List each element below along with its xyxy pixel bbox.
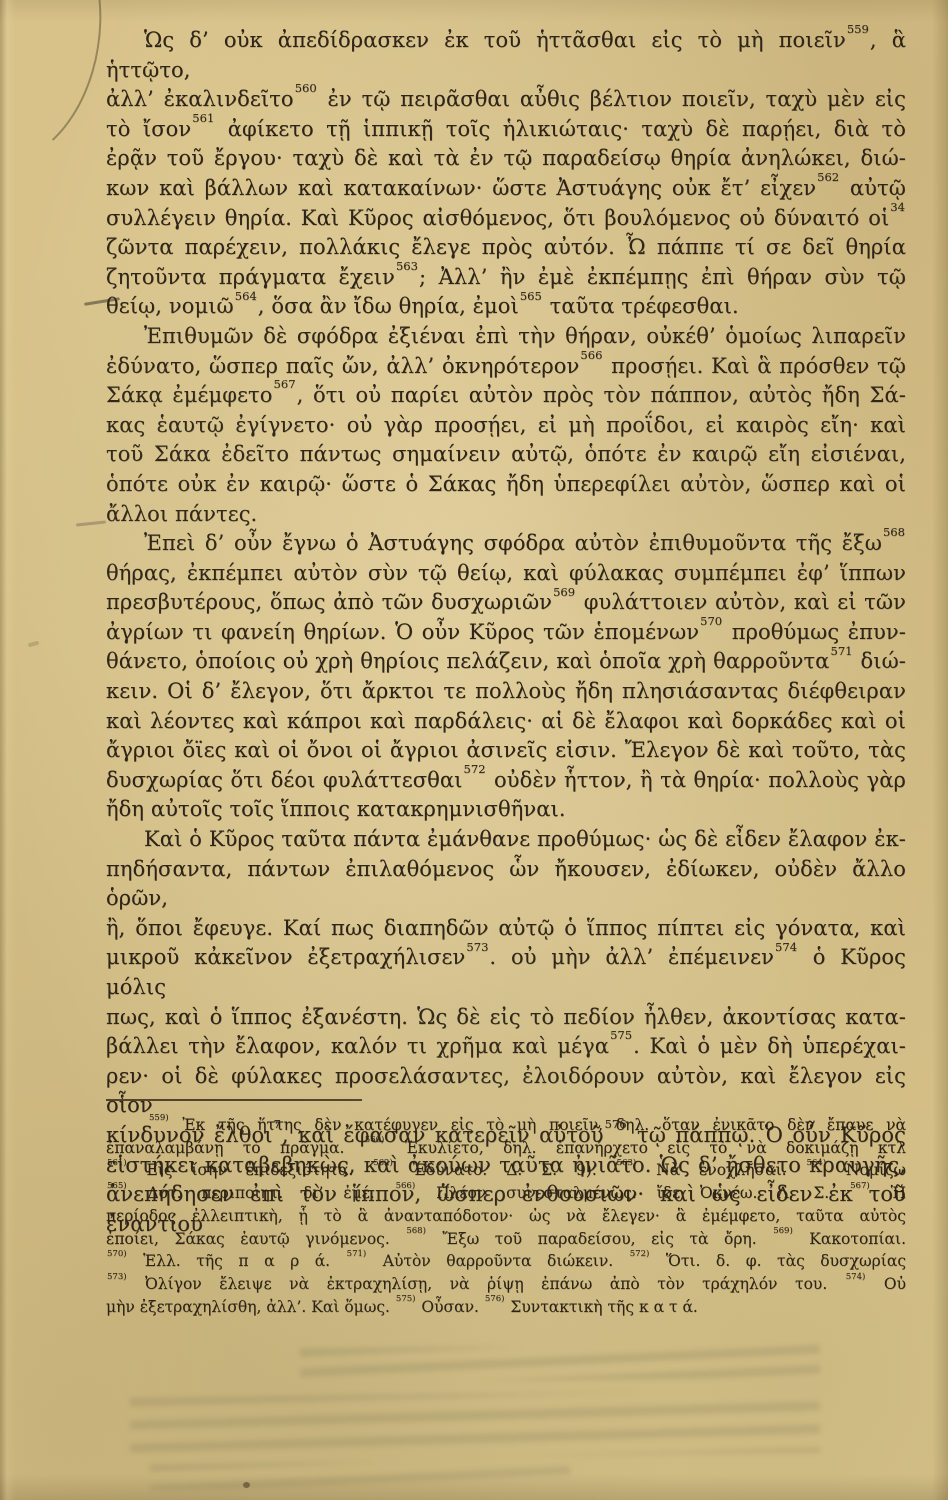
footnote-marker: 34 <box>890 200 905 214</box>
footnote-marker: 574) <box>846 1272 866 1282</box>
text-line: μικροῦ κἀκεῖνον ἐξετραχήλισεν573. οὐ μὴν… <box>106 943 906 1002</box>
footnote-marker: 569 <box>553 585 575 599</box>
footnote-marker: 560 <box>295 81 317 95</box>
main-text-block: Ὡς δ’ οὐκ ἀπεδίδρασκεν ἐκ τοῦ ἡττᾶσθαι ε… <box>106 26 906 1239</box>
text-line: Ὡς δ’ οὐκ ἀπεδίδρασκεν ἐκ τοῦ ἡττᾶσθαι ε… <box>106 26 906 85</box>
footnote-marker: 560) <box>365 1135 385 1145</box>
text-line: ρεν· οἱ δὲ φύλακες προσελάσαντες, ἐλοιδό… <box>106 1062 906 1121</box>
text-line: ἐδύνατο, ὥσπερ παῖς ὤν, ἀλλ’ ὀκνηρότερον… <box>106 352 906 382</box>
footnote-marker: 567 <box>274 377 296 391</box>
text-line: πρεσβυτέρους, ὅπως ἀπὸ τῶν δυσχωριῶν569 … <box>106 588 906 618</box>
footnote-marker: 563 <box>396 259 418 273</box>
text-line: Ἐπιθυμῶν δὲ σφόδρα ἐξιέναι ἐπὶ τὴν θήραν… <box>106 322 906 352</box>
text-line: μὴν ἐξετραχηλίσθη, ἀλλ’. Καὶ ὅμως. 575) … <box>106 1296 906 1319</box>
text-line: συλλέγειν θηρία. Καὶ Κῦρος αἰσθόμενος, ὅ… <box>106 204 906 234</box>
text-line: Ἐπεὶ δ’ οὖν ἔγνω ὁ Ἀστυάγης σφόδρα αὐτὸν… <box>106 529 906 559</box>
text-line: 561) Εἰς ἴσην ἐπιδεξιότητα. 562) Ἐδύνατο… <box>106 1159 906 1182</box>
footnote-marker: 572 <box>464 762 486 776</box>
footnote-marker: 561 <box>192 111 214 125</box>
ink-speck <box>243 1482 250 1488</box>
text-line: Καὶ ὁ Κῦρος ταῦτα πάντα ἐμάνθανε προθύμω… <box>106 825 906 855</box>
footnote-marker: 573 <box>466 940 488 954</box>
footnote-marker: 568) <box>406 1226 426 1236</box>
footnote-marker: 574 <box>775 940 797 954</box>
text-line: ζητοῦντα πράγματα ἔχειν563; Ἀλλ’ ἢν ἐμὲ … <box>106 263 906 293</box>
footnote-marker: 570 <box>700 614 722 628</box>
footnote-marker: 576) <box>485 1294 505 1304</box>
page-curl-mark <box>0 0 119 176</box>
text-line: ἐπαναλαμβάνῃ τὸ πρᾶγμα. 560) Ἐκυλίετο, δ… <box>106 1137 906 1160</box>
paragraph: Ἐπιθυμῶν δὲ σφόδρα ἐξιέναι ἐπὶ τὴν θήραν… <box>106 322 906 529</box>
show-through-text <box>130 1390 821 1459</box>
footnote-marker: 568 <box>883 525 905 539</box>
show-through-text <box>300 1343 820 1382</box>
footnote-marker: 573) <box>107 1272 127 1282</box>
footnote-marker: 564 <box>235 289 257 303</box>
text-line: 565) Δοτ. περιποιητ. δι’ ἐμέ. 566) Πλέον… <box>106 1182 906 1205</box>
paragraph: Ἐπεὶ δ’ οὖν ἔγνω ὁ Ἀστυάγης σφόδρα αὐτὸν… <box>106 529 906 825</box>
footnote-marker: 569) <box>773 1226 793 1236</box>
paragraph: Ὡς δ’ οὐκ ἀπεδίδρασκεν ἐκ τοῦ ἡττᾶσθαι ε… <box>106 26 906 322</box>
text-line: ἤδη αὐτοῖς τοῖς ἵπποις κατακρημνισθῆναι. <box>106 795 906 825</box>
text-line: 559) Ἐκ τῆς ἥττης δὲν κατέφυγεν εἰς τὸ μ… <box>106 1114 906 1137</box>
text-line: τὸ ἴσον561 ἀφίκετο τῇ ἱππικῇ τοῖς ἡλικιώ… <box>106 115 906 145</box>
text-line: ζῶντα παρέχειν, πολλάκις ἔλεγε πρὸς αὐτό… <box>106 233 906 263</box>
text-line: ἢ, ὅποι ἔφευγε. Καί πως διαπηδῶν αὐτῷ ὁ … <box>106 914 906 944</box>
text-line: πηδήσαντα, πάντων ἐπιλαθόμενος ὧν ἤκουσε… <box>106 855 906 914</box>
text-line: θήρας, ἐκπέμπει αὐτὸν σὺν τῷ θείῳ, καὶ φ… <box>106 559 906 589</box>
text-line: Σάκᾳ ἐμέμφετο567, ὅτι οὐ παρίει αὐτὸν πρ… <box>106 381 906 411</box>
text-line: ἀλλ’ ἐκαλινδεῖτο560 ἐν τῷ πειρᾶσθαι αὖθι… <box>106 85 906 115</box>
margin-pencil-mark <box>76 520 106 526</box>
text-line: ἐποίει, Σάκας ἑαυτῷ γινόμενος. 568) Ἔξω … <box>106 1228 906 1251</box>
margin-pencil-mark <box>28 641 40 648</box>
footnote-marker: 559 <box>847 22 869 36</box>
footnote-marker: 570) <box>107 1249 127 1259</box>
footnote-marker: 571 <box>830 644 852 658</box>
text-line: ἀγρίων τι φανείη θηρίων. Ὁ οὖν Κῦρος τῶν… <box>106 618 906 648</box>
footnote-marker: 575) <box>396 1294 416 1304</box>
text-line: δυσχωρίας ὅτι δέοι φυλάττεσθαι572 οὐδὲν … <box>106 766 906 796</box>
show-through-text <box>150 1460 570 1490</box>
text-line: τοῦ Σάκα ἐδεῖτο πάντως σημαίνειν αὐτῷ, ὁ… <box>106 440 906 470</box>
text-line: πως, καὶ ὁ ἵππος ἐξανέστη. Ὡς δὲ εἰς τὸ … <box>106 1003 906 1033</box>
footnote-marker: 567) <box>850 1181 870 1191</box>
scanned-book-page: Ὡς δ’ οὐκ ἀπεδίδρασκεν ἐκ τοῦ ἡττᾶσθαι ε… <box>0 0 948 1500</box>
text-line: κειν. Οἱ δ’ ἔλεγον, ὅτι ἄρκτοι τε πολλοὺ… <box>106 677 906 707</box>
footnote-marker: 566) <box>396 1181 416 1191</box>
text-line: ὁπότε οὐκ ἐν καιρῷ· ὥστε ὁ Σάκας ἤδη ὑπε… <box>106 470 906 500</box>
text-line: θείῳ, νομιῶ564, ὅσα ἂν ἴδω θηρία, ἐμοὶ56… <box>106 292 906 322</box>
footnote-marker: 562 <box>817 170 839 184</box>
footnote-marker: 572) <box>630 1249 650 1259</box>
footnotes-block: 559) Ἐκ τῆς ἥττης δὲν κατέφυγεν εἰς τὸ μ… <box>106 1114 906 1318</box>
text-line: ἄλλοι πάντες. <box>106 500 906 530</box>
footnote-separator <box>106 1099 362 1101</box>
text-line: περίοδος ἐλλειπτικὴ, ᾗ τὸ ἃ ἀνανταπόδοτο… <box>106 1205 906 1228</box>
text-line: βάλλει τὴν ἔλαφον, καλόν τι χρῆμα καὶ μέ… <box>106 1032 906 1062</box>
footnote-marker: 565 <box>520 289 542 303</box>
footnote-marker: 561) <box>107 1158 127 1168</box>
footnote-marker: 563) <box>617 1158 637 1168</box>
text-line: κας ἑαυτῷ ἐγίγνετο· οὐ γὰρ προσῄει, εἰ μ… <box>106 411 906 441</box>
footnote-marker: 562) <box>373 1158 393 1168</box>
text-line: 570) Ἑλλ. τῆς π α ρ ά. 571) Αὐτὸν θαρροῦ… <box>106 1250 906 1273</box>
text-line: 573) Ὀλίγον ἔλειψε νὰ ἐκτραχηλίσῃ, νὰ ῥί… <box>106 1273 906 1296</box>
footnote-marker: 565) <box>107 1181 127 1191</box>
footnote-marker: 566 <box>580 348 602 362</box>
footnote-marker: 575 <box>610 1028 632 1042</box>
text-line: καὶ λέοντες καὶ κάπροι καὶ παρδάλεις· αἱ… <box>106 707 906 737</box>
text-line: κων καὶ βάλλων καὶ κατακαίνων· ὥστε Ἀστυ… <box>106 174 906 204</box>
text-line: ἄγριοι ὄϊες καὶ οἱ ὄνοι οἱ ἄγριοι ἀσινεῖ… <box>106 736 906 766</box>
footnote-marker: 571) <box>347 1249 367 1259</box>
footnote-marker: 559) <box>149 1113 169 1123</box>
footnote-marker: 564) <box>806 1158 826 1168</box>
text-line: θάνετο, ὁποίοις οὐ χρὴ θηρίοις πελάζειν,… <box>106 647 906 677</box>
text-line: ἐρᾷν τοῦ ἔργου· ταχὺ δὲ καὶ τὰ ἐν τῷ παρ… <box>106 144 906 174</box>
